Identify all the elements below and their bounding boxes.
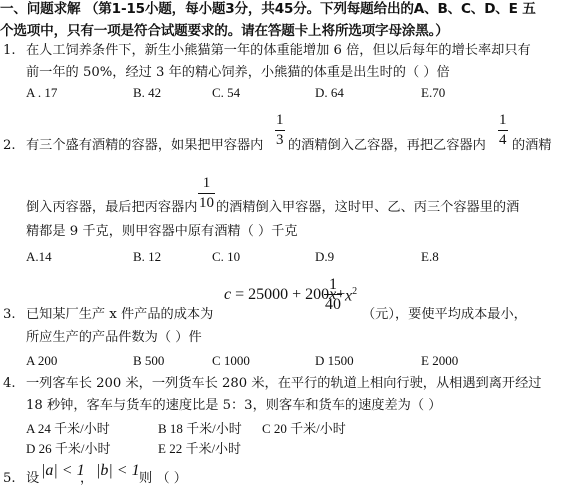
formula-exponent: 2 — [352, 286, 357, 297]
question-2-text-part-b: 的酒精倒入乙容器，再把乙容器内 — [288, 138, 486, 154]
question-2-text-part-c: 的酒精 — [512, 138, 552, 154]
formula-x-squared: x2 — [345, 286, 357, 305]
question-5-prefix: 设 — [26, 471, 39, 487]
question-2-text-part-a: 有三个盛有酒精的容器，如果把甲容器内 — [26, 138, 263, 154]
question-1-option-e[interactable]: E.70 — [421, 85, 445, 101]
fraction-numerator: 1 — [328, 276, 338, 293]
section-header-line-1: 一、问题求解 （第1-15小题，每小题3分，共45分。下列每题给出的A、B、C、… — [0, 1, 536, 17]
question-4-option-e[interactable]: E 22 千米/小时 — [158, 441, 241, 457]
question-4-option-b[interactable]: B 18 千米/小时 — [158, 421, 242, 437]
question-3-option-d[interactable]: D 1500 — [315, 353, 354, 369]
formula-constant-terms: = 25000 + 200 — [231, 286, 329, 303]
fraction-numerator: 1 — [498, 112, 508, 129]
fraction-bar — [324, 294, 342, 295]
question-number: 5. — [3, 471, 16, 487]
fraction-bar — [498, 130, 508, 131]
fraction-one-tenth: 1 10 — [198, 175, 215, 212]
question-4-text-line-1: 一列客车长 200 米，一列货车长 280 米，在平行的轨道上相向行驶，从相遇到… — [26, 376, 541, 392]
inequality-a: |a| < 1 — [41, 462, 85, 480]
question-2-option-b[interactable]: B. 12 — [133, 249, 161, 265]
fraction-bar — [198, 193, 215, 194]
fraction-numerator: 1 — [275, 112, 285, 129]
fraction-denominator: 40 — [324, 296, 342, 313]
fraction-bar — [275, 130, 285, 131]
question-2-option-a[interactable]: A.14 — [26, 249, 52, 265]
question-3-text-line-2: 所应生产的产品件数为（ ）件 — [26, 330, 202, 346]
question-5-suffix: 则 （ ） — [139, 471, 187, 487]
fraction-one-fortieth: 1 40 — [324, 276, 342, 313]
question-2-text-line-2-part-a: 倒入丙容器，最后把丙容器内 — [26, 200, 197, 216]
question-number: 4. — [3, 376, 16, 392]
question-5-separator: ， — [80, 471, 93, 487]
question-3-option-c[interactable]: C 1000 — [212, 353, 250, 369]
fraction-one-third: 1 3 — [275, 112, 285, 149]
question-1-option-b[interactable]: B. 42 — [133, 85, 161, 101]
question-number: 3. — [3, 307, 16, 323]
question-2-text-line-2-part-b: 的酒精倒入甲容器，这时甲、乙、丙三个容器里的酒 — [216, 200, 519, 216]
question-2-option-e[interactable]: E.8 — [421, 249, 439, 265]
question-3-text-part-b: （元），要使平均成本最小， — [362, 307, 527, 323]
question-1-option-d[interactable]: D. 64 — [315, 85, 344, 101]
inequality-b: |b| < 1 — [96, 462, 140, 480]
question-4-option-c[interactable]: C 20 千米/小时 — [262, 421, 346, 437]
question-2-option-d[interactable]: D.9 — [315, 249, 334, 265]
question-3-option-e[interactable]: E 2000 — [421, 353, 458, 369]
question-1-option-a[interactable]: A . 17 — [26, 85, 57, 101]
fraction-denominator: 4 — [498, 132, 508, 149]
question-4-option-d[interactable]: D 26 千米/小时 — [26, 441, 111, 457]
fraction-one-quarter: 1 4 — [498, 112, 508, 149]
question-number: 2. — [3, 138, 16, 154]
fraction-denominator: 3 — [275, 132, 285, 149]
question-3-text-part-a: 已知某厂生产 x 件产品的成本为 — [26, 307, 213, 323]
question-2-option-c[interactable]: C. 10 — [212, 249, 240, 265]
question-1-text-line-2: 前一年的 50%，经过 3 年的精心饲养，小熊猫的体重是出生时的（ ）倍 — [26, 65, 450, 81]
question-4-option-a[interactable]: A 24 千米/小时 — [26, 421, 110, 437]
question-1-option-c[interactable]: C. 54 — [212, 85, 240, 101]
fraction-numerator: 1 — [202, 175, 212, 192]
question-3-option-a[interactable]: A 200 — [26, 353, 57, 369]
question-2-text-line-3: 精都是 9 千克，则甲容器中原有酒精（ ）千克 — [26, 224, 298, 240]
fraction-denominator: 10 — [198, 195, 215, 212]
question-4-text-line-2: 18 秒钟，客车与货车的速度比是 5：3，则客车和货车的速度差为（ ） — [26, 398, 441, 414]
question-1-text-line-1: 在人工饲养条件下，新生小熊猫第一年的体重能增加 6 倍，但以后每年的增长率却只有 — [26, 43, 531, 59]
section-header-line-2: 个选项中，只有一项是符合试题要求的。请在答题卡上将所选项字母涂黑。） — [0, 23, 449, 39]
question-number: 1. — [3, 43, 16, 59]
question-3-option-b[interactable]: B 500 — [133, 353, 164, 369]
